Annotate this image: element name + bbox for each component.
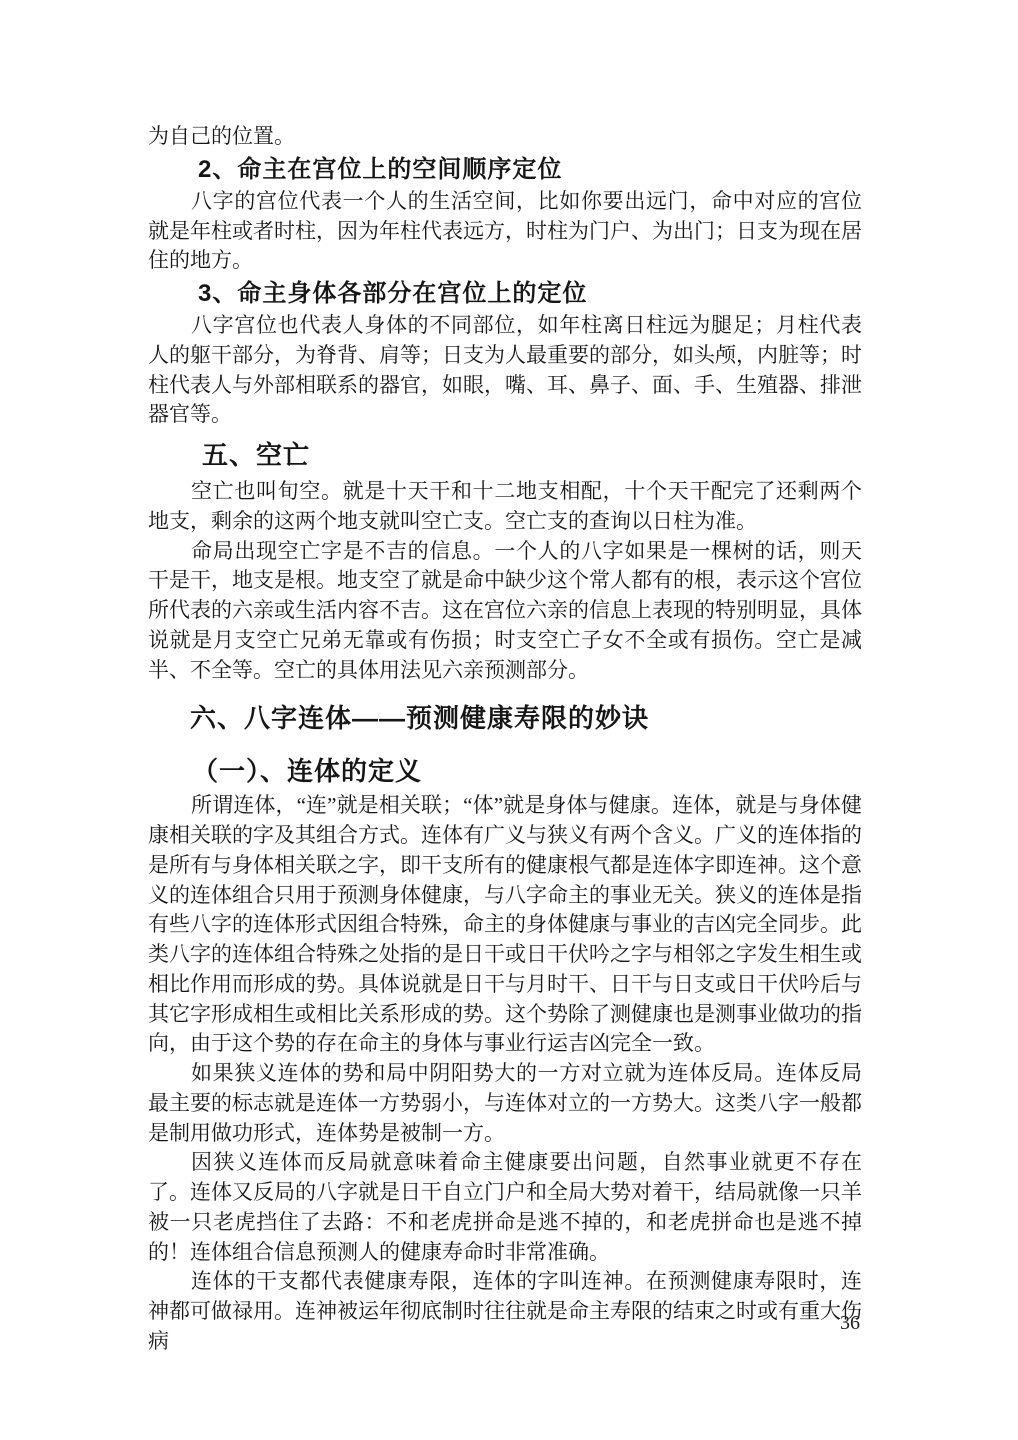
heading-lianti-definition: （一）、连体的定义 bbox=[148, 753, 862, 789]
paragraph-lianti-definition: 所谓连体，“连”就是相关联；“体”就是身体与健康。连体，就是与身体健康相关联的字… bbox=[148, 791, 862, 1059]
paragraph-palace-space: 八字的宫位代表一个人的生活空间，比如你要出远门，命中对应的宫位就是年柱或者时柱，… bbox=[148, 187, 862, 276]
page-number: 36 bbox=[840, 1312, 860, 1335]
paragraph-continuation: 为自己的位置。 bbox=[148, 122, 862, 152]
paragraph-kongwang-meaning: 命局出现空亡字是不吉的信息。一个人的八字如果是一棵树的话，则天干是干，地支是根。… bbox=[148, 537, 862, 686]
page-text-column: 为自己的位置。 2、命主在宫位上的空间顺序定位 八字的宫位代表一个人的生活空间，… bbox=[148, 122, 862, 1357]
paragraph-kongwang-definition: 空亡也叫旬空。就是十天干和十二地支相配，十个天干配完了还剩两个地支，剩余的这两个… bbox=[148, 477, 862, 537]
paragraph-lianti-fanju: 如果狭义连体的势和局中阴阳势大的一方对立就为连体反局。连体反局最主要的标志就是连… bbox=[148, 1059, 862, 1148]
heading-body-parts-position: 3、命主身体各部分在宫位上的定位 bbox=[148, 277, 862, 310]
paragraph-body-parts: 八字宫位也代表人身体的不同部位，如年柱离日柱远为腿足；月柱代表人的躯干部分，为脊… bbox=[148, 311, 862, 430]
heading-lianti-chapter: 六、八字连体——预测健康寿限的妙诀 bbox=[148, 700, 862, 736]
heading-kongwang: 五、空亡 bbox=[148, 437, 862, 473]
paragraph-lianshen: 连体的干支都代表健康寿限，连体的字叫连神。在预测健康寿限时，连神都可做禄用。连神… bbox=[148, 1267, 862, 1356]
heading-palace-space-order: 2、命主在宫位上的空间顺序定位 bbox=[148, 153, 862, 186]
paragraph-lianti-tiger-analogy: 因狭义连体而反局就意味着命主健康要出问题，自然事业就更不存在了。连体又反局的八字… bbox=[148, 1148, 862, 1267]
document-page: 为自己的位置。 2、命主在宫位上的空间顺序定位 八字的宫位代表一个人的生活空间，… bbox=[0, 0, 1018, 1440]
